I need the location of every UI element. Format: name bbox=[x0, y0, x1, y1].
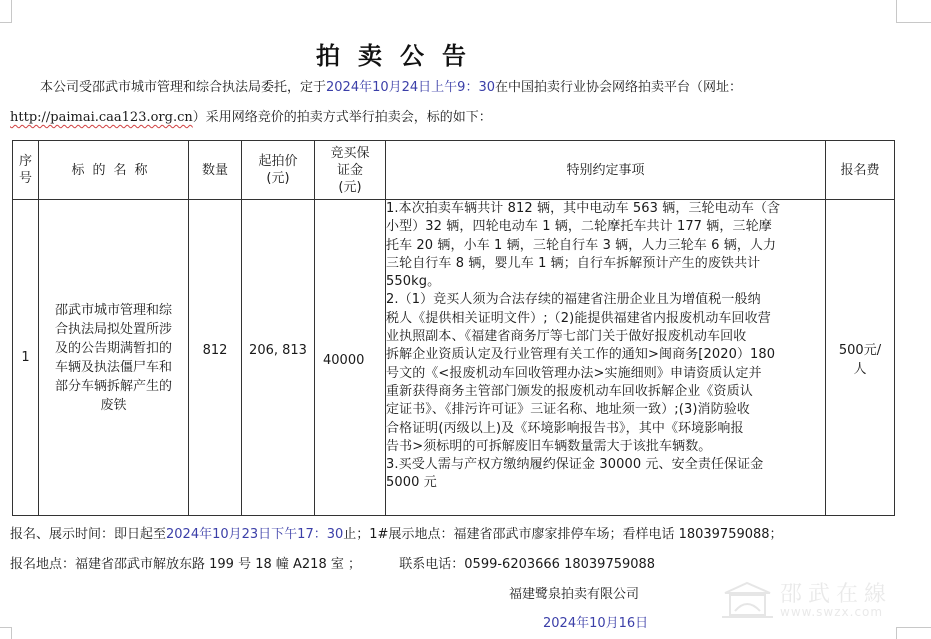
cell-fee: 500元/ 人 bbox=[826, 200, 895, 516]
item-name-line: 废铁 bbox=[39, 396, 188, 415]
header-start-price: 起拍价 (元) bbox=[242, 141, 315, 200]
company-signature: 福建鹭泉拍卖有限公司 bbox=[509, 583, 639, 602]
table-row: 1 邵武市城市管理和综 合执法局拟处置所涉 及的公告期满暂扣的 车辆及执法僵尸车… bbox=[13, 200, 895, 516]
page-corner-mark bbox=[0, 627, 12, 639]
item-name-line: 及的公告期满暂扣的 bbox=[39, 339, 188, 358]
header-deposit-line: 竞买保 bbox=[315, 145, 385, 162]
deposit-value: 40000 bbox=[323, 353, 385, 368]
site-watermark: 邵武在線 www.swzx.com bbox=[720, 575, 920, 625]
registration-suffix: 止；1#展示地点：福建省邵武市廖家排停车场；看样电话 18039759088； bbox=[343, 527, 782, 542]
cell-deposit: 40000 bbox=[315, 200, 386, 516]
header-fee: 报名费 bbox=[826, 141, 895, 200]
page-corner-mark bbox=[896, 627, 931, 639]
intro-line2-suffix: ）采用网络竞价的拍卖方式举行拍卖会，标的如下： bbox=[193, 110, 492, 125]
pavilion-logo-icon bbox=[720, 579, 775, 619]
header-item-name: 标的名称 bbox=[39, 141, 189, 200]
terms-line: 拆解企业资质认定及行业管理有关工作的通知>闽商务[2020）180 bbox=[386, 346, 825, 364]
intro-line-2: http://paimai.caa123.org.cn）采用网络竞价的拍卖方式举… bbox=[10, 106, 492, 125]
terms-line: 号文的《<报废机动车回收管理办法>实施细则》申请资质认定并 bbox=[386, 365, 825, 383]
cell-special-terms: 1.本次拍卖车辆共计 812 辆，其中电动车 563 辆，三轮电动车（含 小型）… bbox=[386, 200, 826, 516]
fee-line: 人 bbox=[826, 358, 894, 377]
item-name-line: 合执法局拟处置所涉 bbox=[39, 320, 188, 339]
header-deposit-line: (元) bbox=[315, 179, 385, 196]
contact-phone: 联系电话：0599-6203666 18039759088 bbox=[399, 557, 655, 572]
auction-items-table: 序 号 标的名称 数量 起拍价 (元) 竞买保 证金 (元) 特别约定事项 报名… bbox=[12, 140, 895, 516]
registration-deadline: 2024年10月23日下午17：30 bbox=[166, 527, 343, 542]
cell-start-price: 206, 813 bbox=[242, 200, 315, 516]
terms-line: 定证书》、《排污许可证》三证名称、地址须一致）;(3)消防验收 bbox=[386, 401, 825, 419]
intro-suffix: 在中国拍卖行业协会网络拍卖平台（网址： bbox=[495, 80, 742, 95]
quantity-value: 812 bbox=[189, 343, 241, 358]
header-seq: 序 号 bbox=[13, 141, 39, 200]
terms-line: 2.（1）竞买人须为合法存续的福建省注册企业且为增值税一般纳 bbox=[386, 291, 825, 309]
cell-seq: 1 bbox=[13, 200, 39, 516]
start-price-value: 206, 813 bbox=[242, 343, 314, 358]
terms-line: 5000 元 bbox=[386, 474, 825, 492]
platform-url-link[interactable]: http://paimai.caa123.org.cn bbox=[10, 110, 193, 125]
fee-line: 500元/ bbox=[826, 339, 894, 358]
watermark-text: 邵武在線 bbox=[780, 577, 892, 608]
item-name-line: 邵武市城市管理和综 bbox=[39, 301, 188, 320]
terms-line: 告书>须标明的可拆解废旧车辆数量需大于该批车辆数。 bbox=[386, 438, 825, 456]
header-deposit-line: 证金 bbox=[315, 162, 385, 179]
intro-prefix: 本公司受邵武市城市管理和综合执法局委托，定于 bbox=[40, 80, 326, 95]
terms-line: 3.买受人需与产权方缴纳履约保证金 30000 元、安全责任保证金 bbox=[386, 456, 825, 474]
terms-line: 三轮自行车 8 辆，婴儿车 1 辆；自行车拆解预计产生的废铁共计 bbox=[386, 255, 825, 273]
address-contact-line: 报名地点：福建省邵武市解放东路 199 号 18 幢 A218 室 ； 联系电话… bbox=[10, 553, 655, 572]
item-name-line: 车辆及执法僵尸车和 bbox=[39, 358, 188, 377]
watermark-url: www.swzx.com bbox=[780, 605, 883, 619]
terms-line: 重新获得商务主管部门颁发的报废机动车回收拆解企业《资质认 bbox=[386, 383, 825, 401]
registration-address: 报名地点：福建省邵武市解放东路 199 号 18 幢 A218 室 ； bbox=[10, 557, 361, 572]
terms-line: 税人《提供相关证明文件）;（2)能提供福建省内报废机动车回收营 bbox=[386, 310, 825, 328]
terms-line: 1.本次拍卖车辆共计 812 辆，其中电动车 563 辆，三轮电动车（含 bbox=[386, 200, 825, 218]
header-quantity: 数量 bbox=[189, 141, 242, 200]
registration-prefix: 报名、展示时间：即日起至 bbox=[10, 527, 166, 542]
signature-date: 2024年10月16日 bbox=[543, 612, 648, 631]
cell-item-name: 邵武市城市管理和综 合执法局拟处置所涉 及的公告期满暂扣的 车辆及执法僵尸车和 … bbox=[39, 200, 189, 516]
cell-quantity: 812 bbox=[189, 200, 242, 516]
terms-line: 业执照副本、《福建省商务厅等七部门关于做好报废机动车回收 bbox=[386, 328, 825, 346]
page-corner-mark bbox=[896, 0, 931, 23]
terms-line: 小型）32 辆，四轮电动车 1 辆，二轮摩托车共计 177 辆，三轮摩 bbox=[386, 218, 825, 236]
header-special-terms: 特别约定事项 bbox=[386, 141, 826, 200]
header-seq-line: 序 bbox=[13, 153, 38, 170]
terms-line: 托车 20 辆，小车 1 辆，三轮自行车 3 辆，人力三轮车 6 辆，人力 bbox=[386, 237, 825, 255]
header-start-price-line: 起拍价 bbox=[242, 153, 314, 170]
page-title: 拍卖公告 bbox=[0, 36, 800, 71]
intro-line-1: 本公司受邵武市城市管理和综合执法局委托，定于2024年10月24日上午9：30在… bbox=[40, 76, 742, 95]
terms-line: 合格证明(丙级以上)及《环境影响报告书》，其中《环境影响报 bbox=[386, 420, 825, 438]
registration-time-line: 报名、展示时间：即日起至2024年10月23日下午17：30止；1#展示地点：福… bbox=[10, 523, 783, 542]
header-deposit: 竞买保 证金 (元) bbox=[315, 141, 386, 200]
header-seq-line: 号 bbox=[13, 170, 38, 187]
table-header-row: 序 号 标的名称 数量 起拍价 (元) 竞买保 证金 (元) 特别约定事项 报名… bbox=[13, 141, 895, 200]
page-corner-mark bbox=[0, 0, 12, 23]
auction-time: 2024年10月24日上午9：30 bbox=[326, 80, 495, 95]
item-name-line: 部分车辆拆解产生的 bbox=[39, 377, 188, 396]
header-start-price-line: (元) bbox=[242, 170, 314, 187]
terms-line: 550kg。 bbox=[386, 273, 825, 291]
